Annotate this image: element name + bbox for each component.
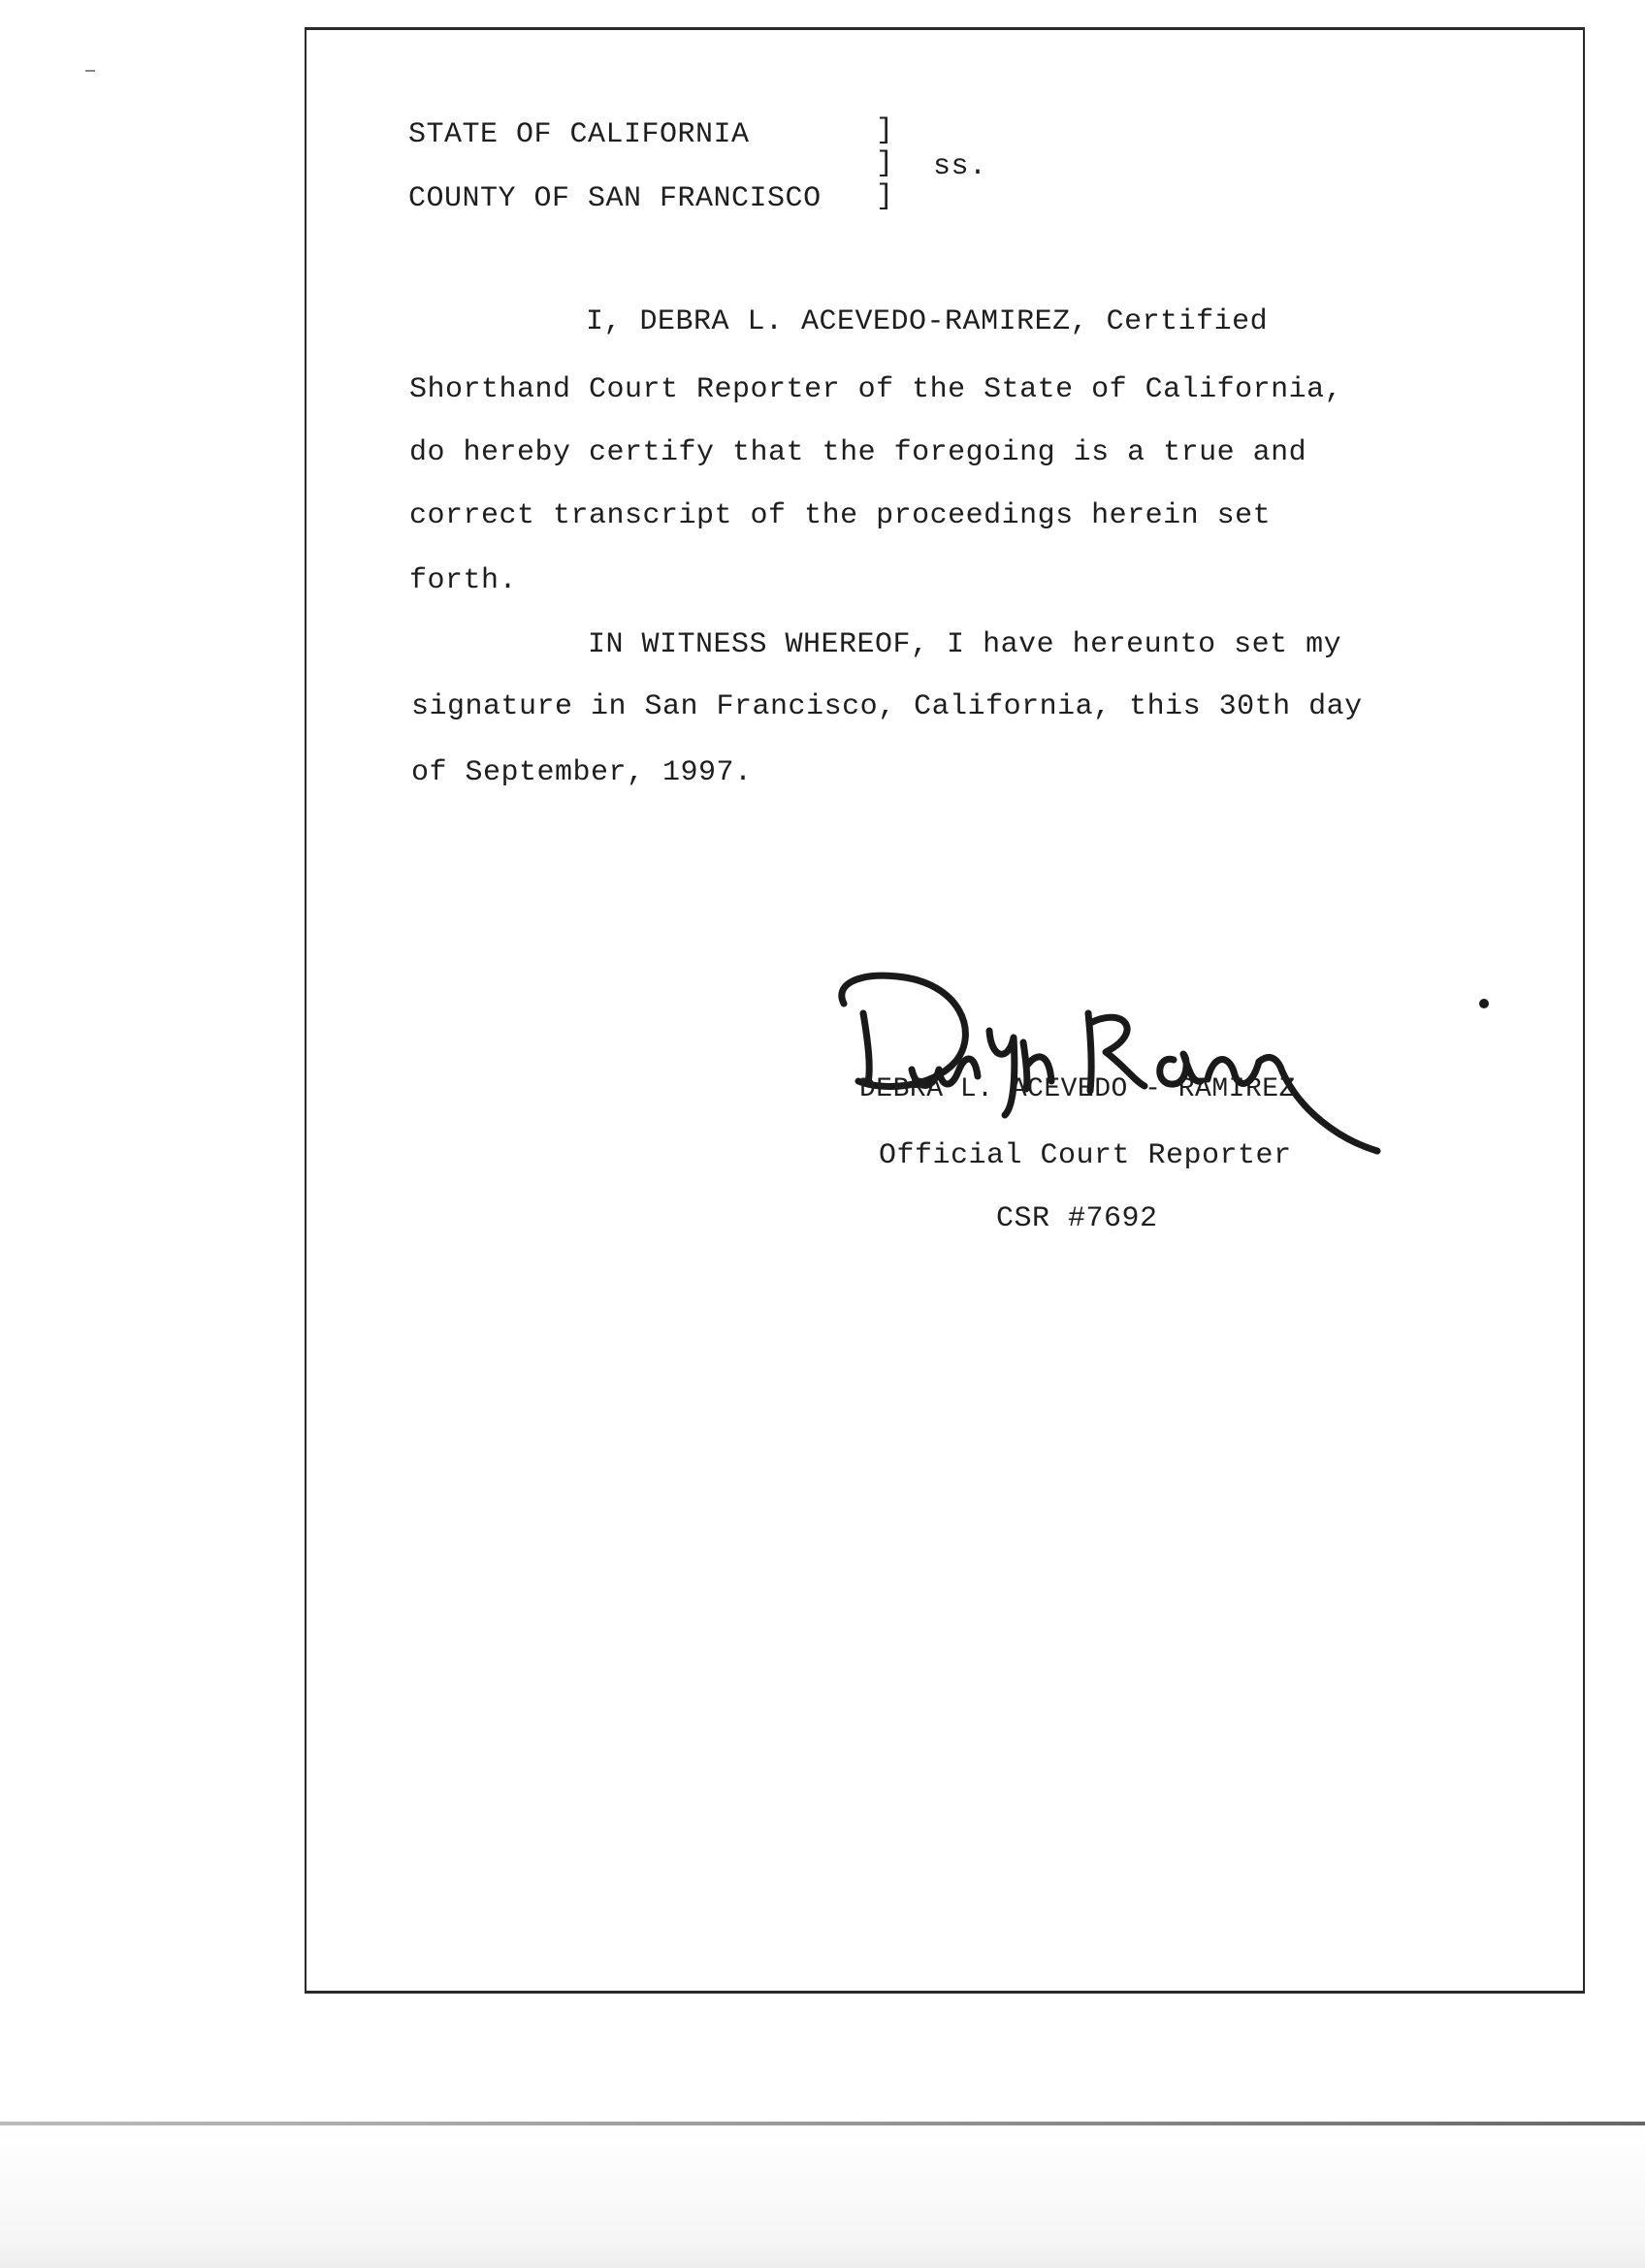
paragraph-line: Shorthand Court Reporter of the State of… <box>409 373 1342 406</box>
scan-background <box>0 2125 1645 2268</box>
ss-abbreviation: ss. <box>933 150 987 183</box>
signatory-name: DEBRA L. ACEVEDO - RAMIREZ <box>859 1074 1296 1104</box>
paragraph-line: IN WITNESS WHEREOF, I have hereunto set … <box>588 628 1341 661</box>
paragraph-line: of September, 1997. <box>411 756 753 789</box>
scan-speck <box>85 70 95 72</box>
paragraph-line: do hereby certify that the foregoing is … <box>409 436 1306 469</box>
county-line: COUNTY OF SAN FRANCISCO <box>408 182 822 215</box>
paragraph-line: correct transcript of the proceedings he… <box>409 499 1271 532</box>
paragraph-line: forth. <box>409 564 517 597</box>
handwritten-signature-icon <box>815 945 1532 1168</box>
paragraph-line: I, DEBRA L. ACEVEDO-RAMIREZ, Certified <box>586 305 1268 338</box>
state-line: STATE OF CALIFORNIA <box>408 118 750 151</box>
csr-number: CSR #7692 <box>996 1202 1158 1235</box>
bracket: ] <box>876 147 894 180</box>
bracket: ] <box>876 114 894 147</box>
paragraph-line: signature in San Francisco, California, … <box>411 690 1363 723</box>
bracket: ] <box>876 180 894 213</box>
signatory-title: Official Court Reporter <box>879 1139 1292 1172</box>
